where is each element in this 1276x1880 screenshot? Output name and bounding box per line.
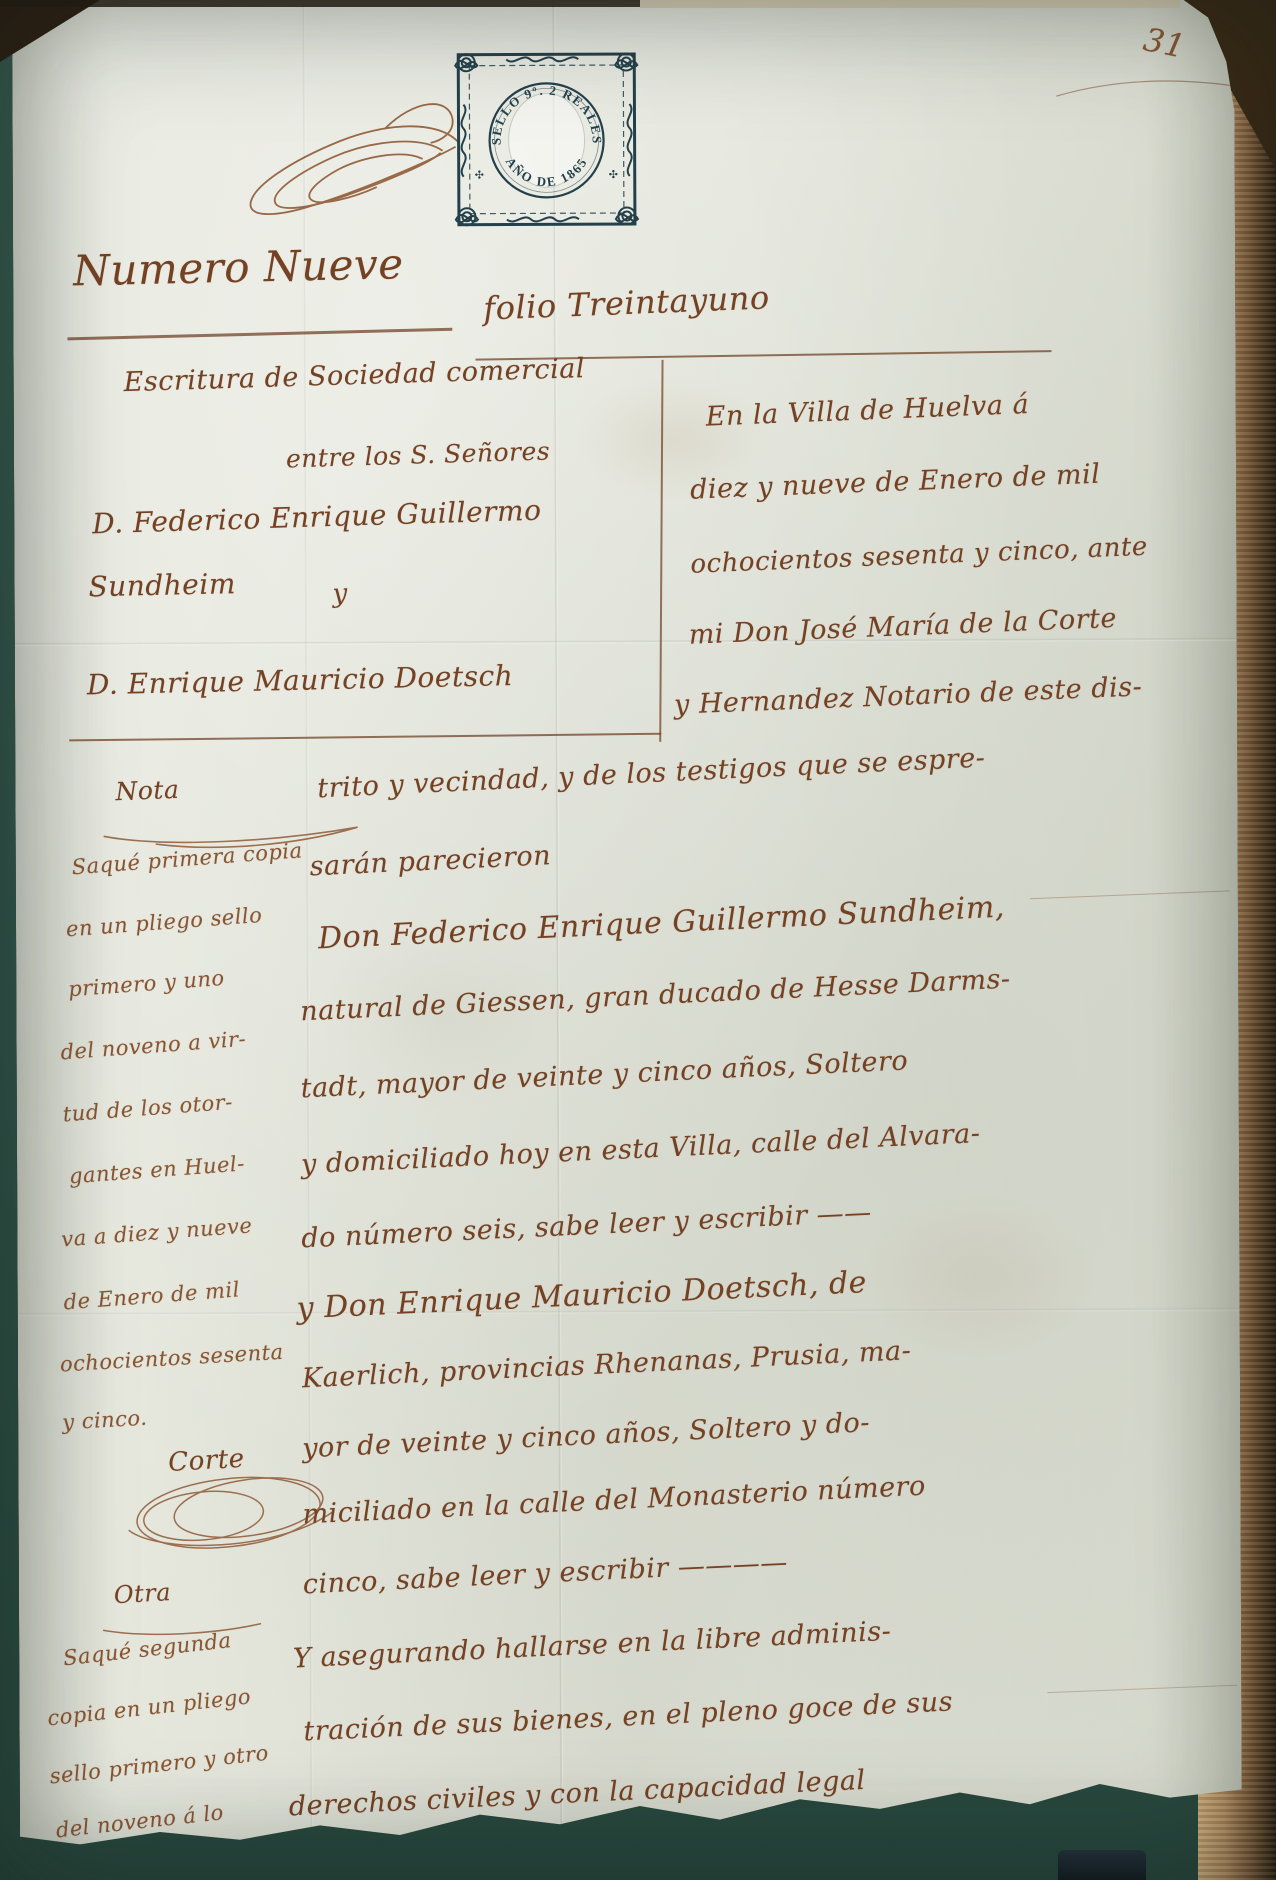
title-left-line: Escritura de Sociedad comercial [123,353,585,398]
body-line: cinco, sabe leer y escribir ———— [302,1547,788,1600]
margin-note-line: ochocientos sesenta [59,1340,284,1377]
heading-numero-nueve: Numero Nueve [73,239,404,295]
heading-folio: folio Treintayuno [483,278,771,327]
margin-note-line: y cinco. [61,1406,147,1435]
margin-note-line: sello primero y otro [48,1741,269,1789]
photo-scene: SELLO 9º. 2 REALES AÑO DE 1865 ✣ ✣ 31 Nu… [0,0,1276,1880]
margin-nota-label: Nota [115,775,180,806]
fold-crease-horizontal-upper [15,637,1237,646]
margin-note-line: en un pliego sello [65,903,263,942]
top-edge-page-strip [640,0,1180,8]
body-line: tadt, mayor de veinte y cinco años, Solt… [300,1045,909,1104]
body-line: natural de Giessen, gran ducado de Hesse… [300,964,1012,1028]
opening-line: diez y nueve de Enero de mil [690,459,1101,506]
title-left-conjunction: y [332,579,348,610]
manuscript-page: SELLO 9º. 2 REALES AÑO DE 1865 ✣ ✣ 31 Nu… [12,0,1242,1853]
body-line: Y asegurando hallarse en la libre admini… [292,1616,891,1675]
faint-guide-rule [1030,890,1230,899]
margin-note-line: primero y uno [67,966,225,1002]
margin-note-line: gantes en Huel- [68,1151,245,1188]
body-line: derechos civiles y con la capacidad lega… [288,1765,866,1823]
corner-pen-curve [1052,71,1234,102]
margin-note-line: copia en un pliego [46,1684,252,1730]
notary-flourish [234,89,471,238]
margin-otra-label: Otra [113,1578,172,1609]
tax-stamp: SELLO 9º. 2 REALES AÑO DE 1865 ✣ ✣ [448,44,645,237]
margin-note-line: del noveno á lo [55,1800,225,1842]
margin-note-line: de Enero de mil [63,1277,241,1314]
body-line: tración de sus bienes, en el pleno goce … [303,1686,954,1747]
folio-page-number: 31 [1140,20,1189,66]
body-line: y domiciliado hoy en esta Villa, calle d… [300,1118,981,1180]
opening-line: En la Villa de Huelva á [705,389,1029,433]
title-left-line: Sundheim [88,567,236,603]
stamp-ornament-left-icon: ✣ [475,170,484,182]
margin-note-line: tud de los otor- [62,1090,234,1127]
body-line: Kaerlich, provincias Rhenanas, Prusia, m… [301,1335,912,1394]
opening-line: y Hernandez Notario de este dis- [673,671,1142,720]
title-left-line: D. Federico Enrique Guillermo [92,494,542,541]
opening-line: ochocientos sesenta y cinco, ante [690,532,1148,580]
opening-line: mi Don José María de la Corte [688,603,1117,651]
body-line: y Don Enrique Mauricio Doetsch, de [296,1265,868,1326]
title-left-line: entre los S. Señores [286,436,551,473]
stamp-ornament-right-icon: ✣ [609,169,618,181]
column-divider-rule [659,360,663,742]
body-line: do número seis, sabe leer y escribir —— [301,1197,873,1254]
top-edge-shadow-strip [0,0,640,7]
body-line: miciliado en la calle del Monasterio núm… [302,1471,927,1531]
body-line: Don Federico Enrique Guillermo Sundheim, [317,890,1005,957]
margin-note-line: va a diez y nueve [60,1213,253,1251]
body-line: yor de veinte y cinco años, Soltero y do… [302,1407,871,1464]
faint-guide-rule [1047,1685,1237,1693]
numero-underline [67,328,452,341]
body-line: trito y vecindad, y de los testigos que … [317,742,986,804]
title-block-bottom-rule [69,733,661,742]
title-left-line: D. Enrique Mauricio Doetsch [87,659,514,701]
margin-note-line: del noveno a vir- [60,1027,247,1065]
bottom-book-clasp [1058,1850,1146,1880]
